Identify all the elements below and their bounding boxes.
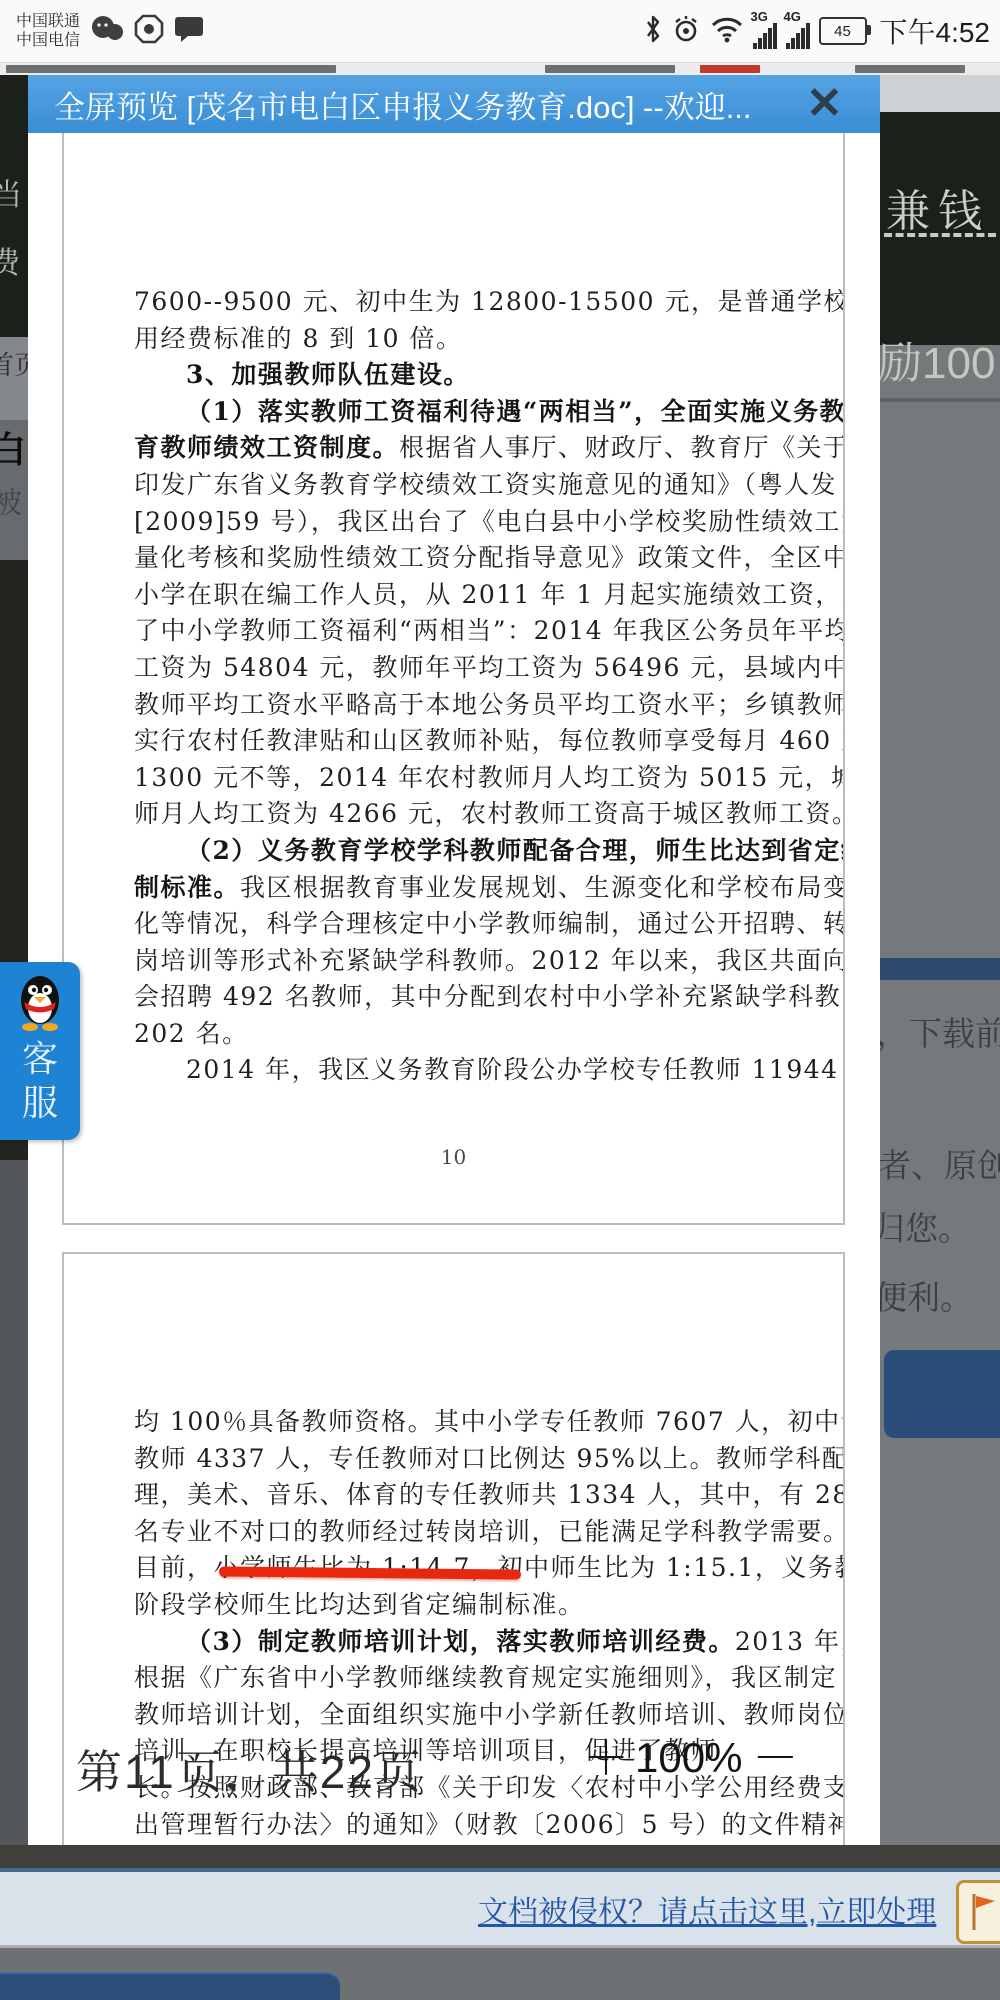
carrier-line-2: 中国电信: [16, 31, 80, 50]
doc-text-line: 制标准。我区根据教育事业发展规划、生源变化和学校布局变: [64, 868, 843, 905]
doc-text-line: 用经费标准的 8 到 10 倍。: [64, 319, 843, 356]
doc-text-line: 小学在职在编工作人员，从 2011 年 1 月起实施绩效工资，实现: [64, 575, 843, 612]
document-page-1: 10 7600--9500 元、初中生为 12800-15500 元，是普通学校…: [62, 133, 845, 1225]
copyright-report-bar: 文档被侵权？请点击这里,立即处理: [0, 1868, 1000, 1945]
doc-text-line: （2）义务教育学校学科教师配备合理，师生比达到省定编: [64, 831, 843, 868]
phone-screen: 中国联通 中国电信 3G: [0, 0, 1000, 2000]
background-page-strip: [0, 62, 1000, 75]
qq-customer-service-button[interactable]: 客 服: [0, 962, 80, 1140]
preview-title-bar: 全屏预览 [茂名市电白区申报义务教育.doc] --欢迎...: [28, 75, 880, 133]
cutoff-text-fragment: [545, 65, 675, 73]
battery-indicator: 45: [819, 17, 867, 45]
cutoff-text-fragment: [6, 65, 336, 73]
doc-text-line: 育教师绩效工资制度。根据省人事厅、财政厅、教育厅《关于: [64, 428, 843, 465]
doc-text-line: 阶段学校师生比均达到省定编制标准。: [64, 1585, 843, 1622]
signal-3g-icon: 3G: [753, 13, 777, 49]
signal-4g-icon: 4G: [786, 13, 810, 49]
doc-text-line: 2014 年，我区义务教育阶段公办学校专任教师 11944 人，: [64, 1050, 843, 1087]
doc-text-line: 名专业不对口的教师经过转岗培训，已能满足学科教学需要。: [64, 1512, 843, 1549]
net-3g-label: 3G: [751, 9, 768, 24]
doc-text-line: 会招聘 492 名教师，其中分配到农村中小学补充紧缺学科教师: [64, 977, 843, 1014]
bg-fragment: 当: [0, 170, 22, 214]
status-bar: 中国联通 中国电信 3G: [0, 0, 1000, 63]
bg-fragment: 便利。: [880, 1272, 973, 1319]
doc-text-line: 根据《广东省中小学教师继续教育规定实施细则》，我区制定: [64, 1658, 843, 1695]
preview-title: 全屏预览 [茂名市电白区申报义务教育.doc] --欢迎...: [54, 82, 752, 127]
doc-text-line: [2009]59 号），我区出台了《电白县中小学校奖励性绩效工资: [64, 502, 843, 539]
bg-fragment: ，下载前: [880, 1008, 1000, 1055]
page-indicator: 第11页，共22页: [76, 1736, 423, 1802]
bottom-navy-button[interactable]: [0, 1972, 340, 2000]
dimmed-page-left-edge: 当 费 首页 白 被: [0, 75, 28, 1845]
doc-text-line: 岗培训等形式补充紧缺学科教师。2012 年以来，我区共面向社: [64, 941, 843, 978]
doc-text-line: 印发广东省义务教育学校绩效工资实施意见的通知》（粤人发: [64, 465, 843, 502]
zoom-controls: ＋ 100% －: [583, 1734, 798, 1782]
doc-text-line: 师月人均工资为 4266 元，农村教师工资高于城区教师工资。: [64, 794, 843, 831]
cutoff-text-fragment-red: [700, 65, 760, 73]
doc-text-line: 实行农村任教津贴和山区教师补贴，每位教师享受每月 460 至: [64, 721, 843, 758]
close-icon[interactable]: ✕: [806, 79, 843, 129]
message-bubble-icon: [174, 14, 204, 49]
doc-text-line: 化等情况，科学合理核定中小学教师编制，通过公开招聘、转: [64, 904, 843, 941]
doc-text-line: 7600--9500 元、初中生为 12800-15500 元，是普通学校生均公: [64, 282, 843, 319]
doc-text-line: （1）落实教师工资福利待遇“两相当”，全面实施义务教: [64, 392, 843, 429]
zoom-in-button[interactable]: ＋: [583, 1735, 629, 1781]
doc-text-line: 均 100％具备教师资格。其中小学专任教师 7607 人，初中专任: [64, 1402, 843, 1439]
bluetooth-icon: [644, 14, 662, 49]
bg-fragment: 被: [0, 478, 22, 522]
octagon-app-icon: [134, 14, 164, 49]
fullscreen-preview-modal: 全屏预览 [茂名市电白区申报义务教育.doc] --欢迎... ✕ 10 760…: [28, 75, 880, 1845]
carrier-labels: 中国联通 中国电信: [16, 12, 80, 50]
zoom-out-button[interactable]: －: [752, 1735, 798, 1781]
bg-fragment: 励100: [880, 327, 995, 391]
bg-fragment-home-link: 首页: [0, 345, 28, 382]
bg-fragment: 者、原创: [880, 1140, 1000, 1187]
cutoff-text-fragment: [855, 65, 965, 73]
bottom-dark-strip: [0, 1845, 1000, 1868]
carrier-line-1: 中国联通: [16, 12, 80, 31]
dimmed-page-right-edge: 兼钱 、 励100 ，下载前 者、原创 归您。 便利。: [880, 75, 1000, 1845]
doc-text-line: 教师培训计划，全面组织实施中小学新任教师培训、教师岗位: [64, 1695, 843, 1732]
bg-dashed-underline: [884, 233, 996, 237]
doc-text-line: 目前，小学师生比为 1:14.7，初中师生比为 1:15.1，义务教育: [64, 1548, 843, 1585]
doc-text-line: 了中小学教师工资福利“两相当”：2014 年我区公务员年平均: [64, 611, 843, 648]
bg-fragment: 费: [0, 238, 20, 282]
doc-text-line: 3、加强教师队伍建设。: [64, 355, 843, 392]
qq-label-char: 客: [22, 1037, 58, 1081]
qq-penguin-icon: [12, 970, 68, 1037]
doc-text-line: 理，美术、音乐、体育的专任教师共 1334 人，其中，有 280 多: [64, 1475, 843, 1512]
doc-page-number: 10: [64, 1145, 843, 1169]
zoom-level: 100%: [635, 1734, 742, 1782]
bg-fragment: 归您。: [880, 1203, 971, 1250]
battery-level: 45: [834, 23, 851, 40]
bottom-gray-strip: [0, 1945, 1000, 2000]
doc-text-line: 工资为 54804 元，教师年平均工资为 56496 元，县域内中小学: [64, 648, 843, 685]
eye-protection-icon: [671, 14, 701, 49]
doc-text-line: 出管理暂行办法〉的通知》（财教〔2006〕5 号）的文件精神: [64, 1805, 843, 1842]
doc-text-line: 教师平均工资水平略高于本地公务员平均工资水平；乡镇教师: [64, 685, 843, 722]
doc-text-line: 教师 4337 人，专任教师对口比例达 95%以上。教师学科配备合: [64, 1439, 843, 1476]
wechat-notification-icon: [90, 14, 124, 49]
bg-fragment: 白: [0, 422, 26, 473]
wifi-icon: [710, 15, 744, 48]
doc-text-line: 量化考核和奖励性绩效工资分配指导意见》政策文件，全区中: [64, 538, 843, 575]
doc-text-line: 202 名。: [64, 1014, 843, 1051]
bg-blue-button[interactable]: [884, 1350, 1000, 1438]
doc-text-line: 1300 元不等，2014 年农村教师月人均工资为 5015 元，城镇教: [64, 758, 843, 795]
qq-label-char: 服: [22, 1081, 58, 1125]
net-4g-label: 4G: [784, 9, 801, 24]
clock-time: 下午4:52: [880, 11, 991, 51]
report-infringement-link[interactable]: 文档被侵权？请点击这里,立即处理: [478, 1887, 936, 1931]
doc-text-line: （3）制定教师培训计划，落实教师培训经费。2013 年，: [64, 1622, 843, 1659]
bg-fragment: 兼钱 、: [886, 175, 1000, 239]
report-flag-icon[interactable]: [956, 1880, 1000, 1944]
